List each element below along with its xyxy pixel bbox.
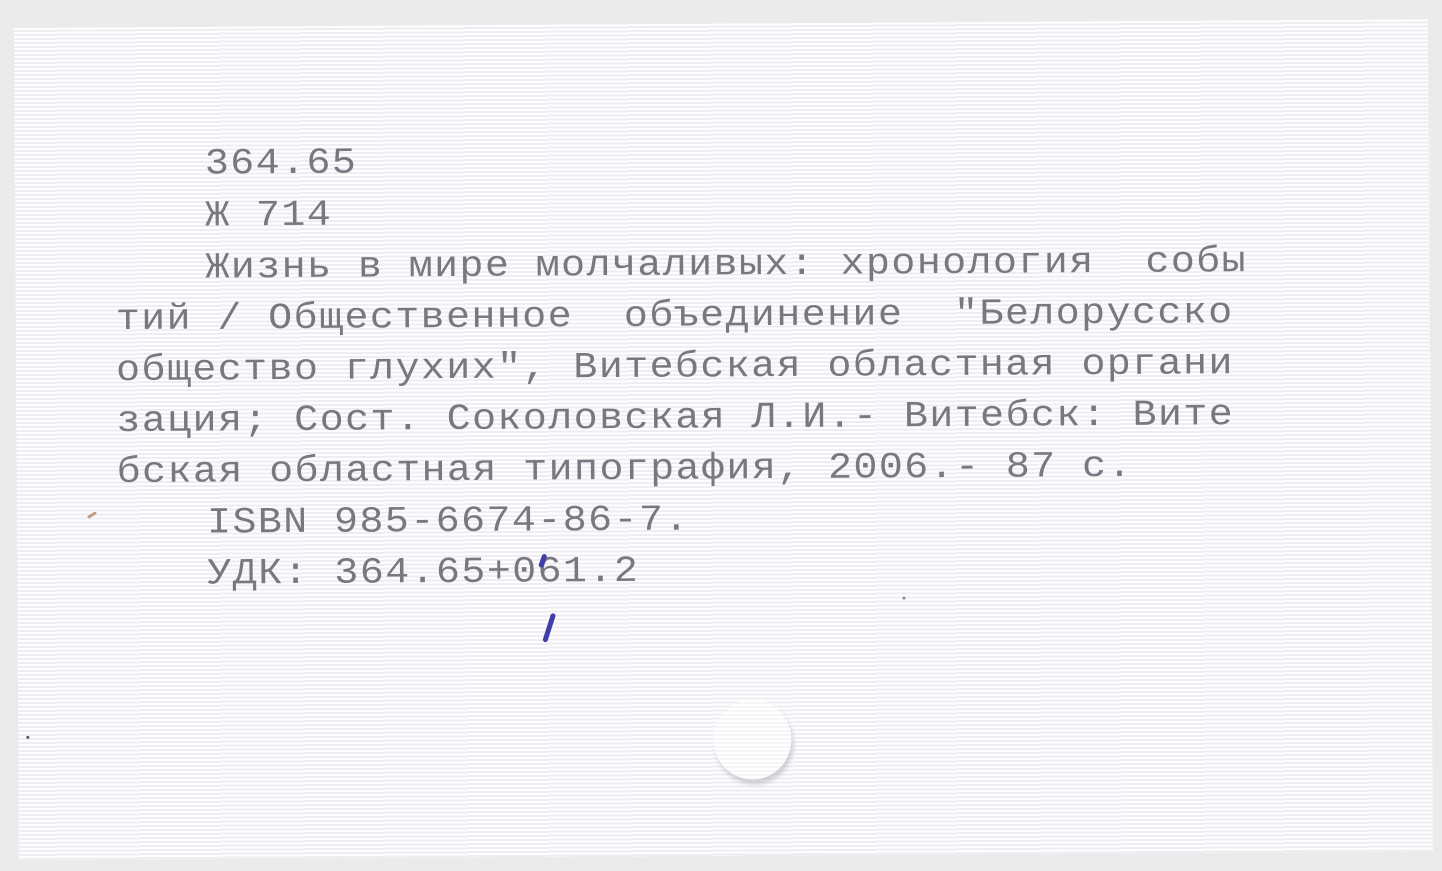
scanned-catalog-card: 364.65 Ж 714 Жизнь в мире молчаливых: хр…	[0, 0, 1442, 871]
udc-line: УДК: 364.65+061.2	[207, 554, 639, 593]
isbn-line: ISBN 985-6674-86-7.	[207, 503, 690, 543]
paper-dot-icon	[26, 736, 29, 739]
description-line-4: зация; Сост. Соколовская Л.И.- Витебск: …	[116, 398, 1234, 442]
library-catalog-card: 364.65 Ж 714 Жизнь в мире молчаливых: хр…	[14, 19, 1433, 860]
description-line-1: Жизнь в мире молчаливых: хронология собы	[205, 244, 1247, 287]
classification-number: 364.65	[205, 146, 358, 184]
description-line-2: тий / Общественное объединение "Белорусс…	[116, 296, 1234, 340]
punch-hole-icon	[713, 699, 791, 779]
paper-dot-icon	[902, 597, 905, 600]
pen-mark-icon	[542, 613, 556, 643]
paper-speck-icon	[87, 511, 97, 519]
author-mark: Ж 714	[205, 198, 332, 236]
description-line-5: бская областная типография, 2006.- 87 с.	[117, 449, 1133, 492]
description-line-3: общество глухих", Витебская областная ор…	[116, 347, 1234, 391]
